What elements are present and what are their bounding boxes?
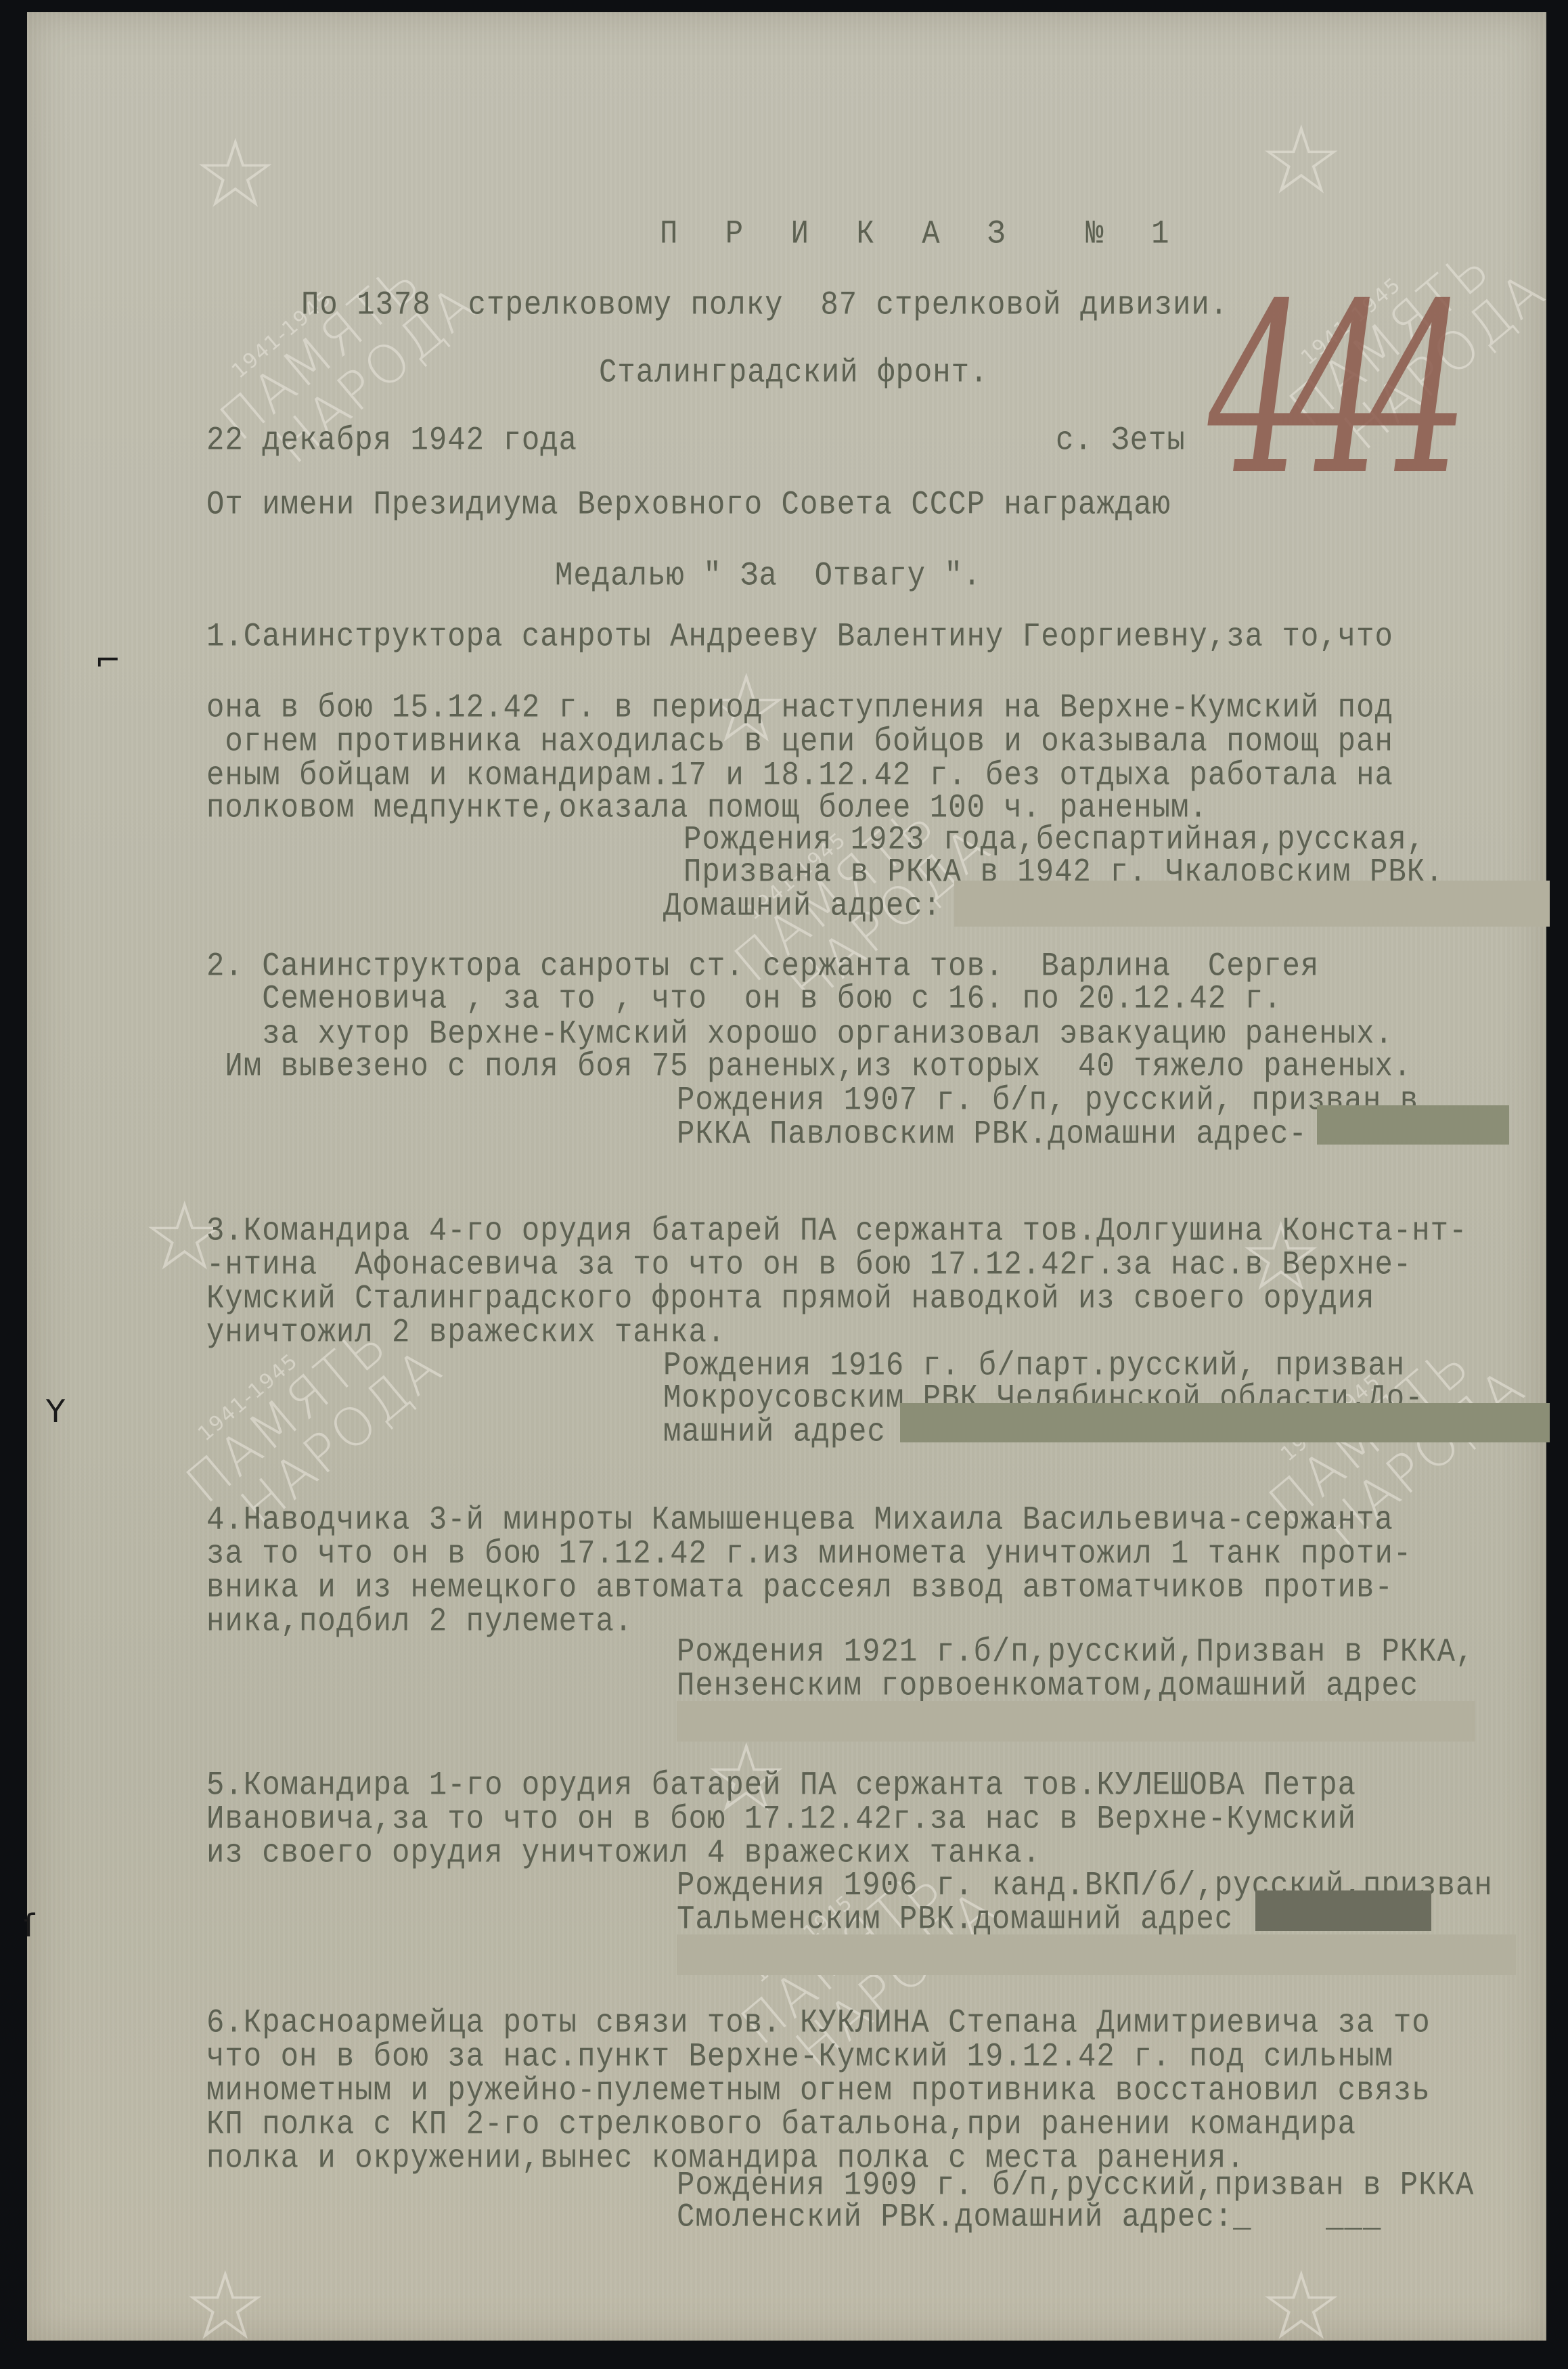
redacted-address [677,1701,1475,1742]
document-page: ☆ 1941-1945 ПАМЯТЬ НАРОДА ☆ 1941-1945 ПА… [27,12,1546,2341]
redacted-address [1317,1105,1509,1145]
punch-hole-icon: ⌐ [95,642,121,678]
watermark-star-icon: ☆ [1259,114,1344,208]
punch-hole-icon: Y [46,1393,65,1430]
redacted-address [1255,1890,1431,1931]
award-name: Медалью " За Отвагу ". [555,557,981,595]
unit-line: По 1378 стрелковому полку 87 стрелковой … [301,286,1228,324]
watermark-star-icon: ☆ [183,2259,268,2354]
punch-hole-icon: ſ [24,1907,35,1944]
document-place: с. Зеты [1056,422,1186,460]
handwritten-number: 444 [1208,273,1450,508]
watermark-star-icon: ☆ [193,127,278,222]
preamble: От имени Президиума Верховного Совета СС… [206,486,1171,524]
redacted-address [677,1934,1516,1975]
redacted-address [954,881,1550,927]
front-line: Сталинградский фронт. [599,354,989,392]
redacted-address [900,1403,1550,1442]
document-title: П Р И К А З № 1 [660,215,1184,253]
watermark-star-icon: ☆ [1259,2259,1344,2354]
document-date: 22 декабря 1942 года [206,422,577,460]
